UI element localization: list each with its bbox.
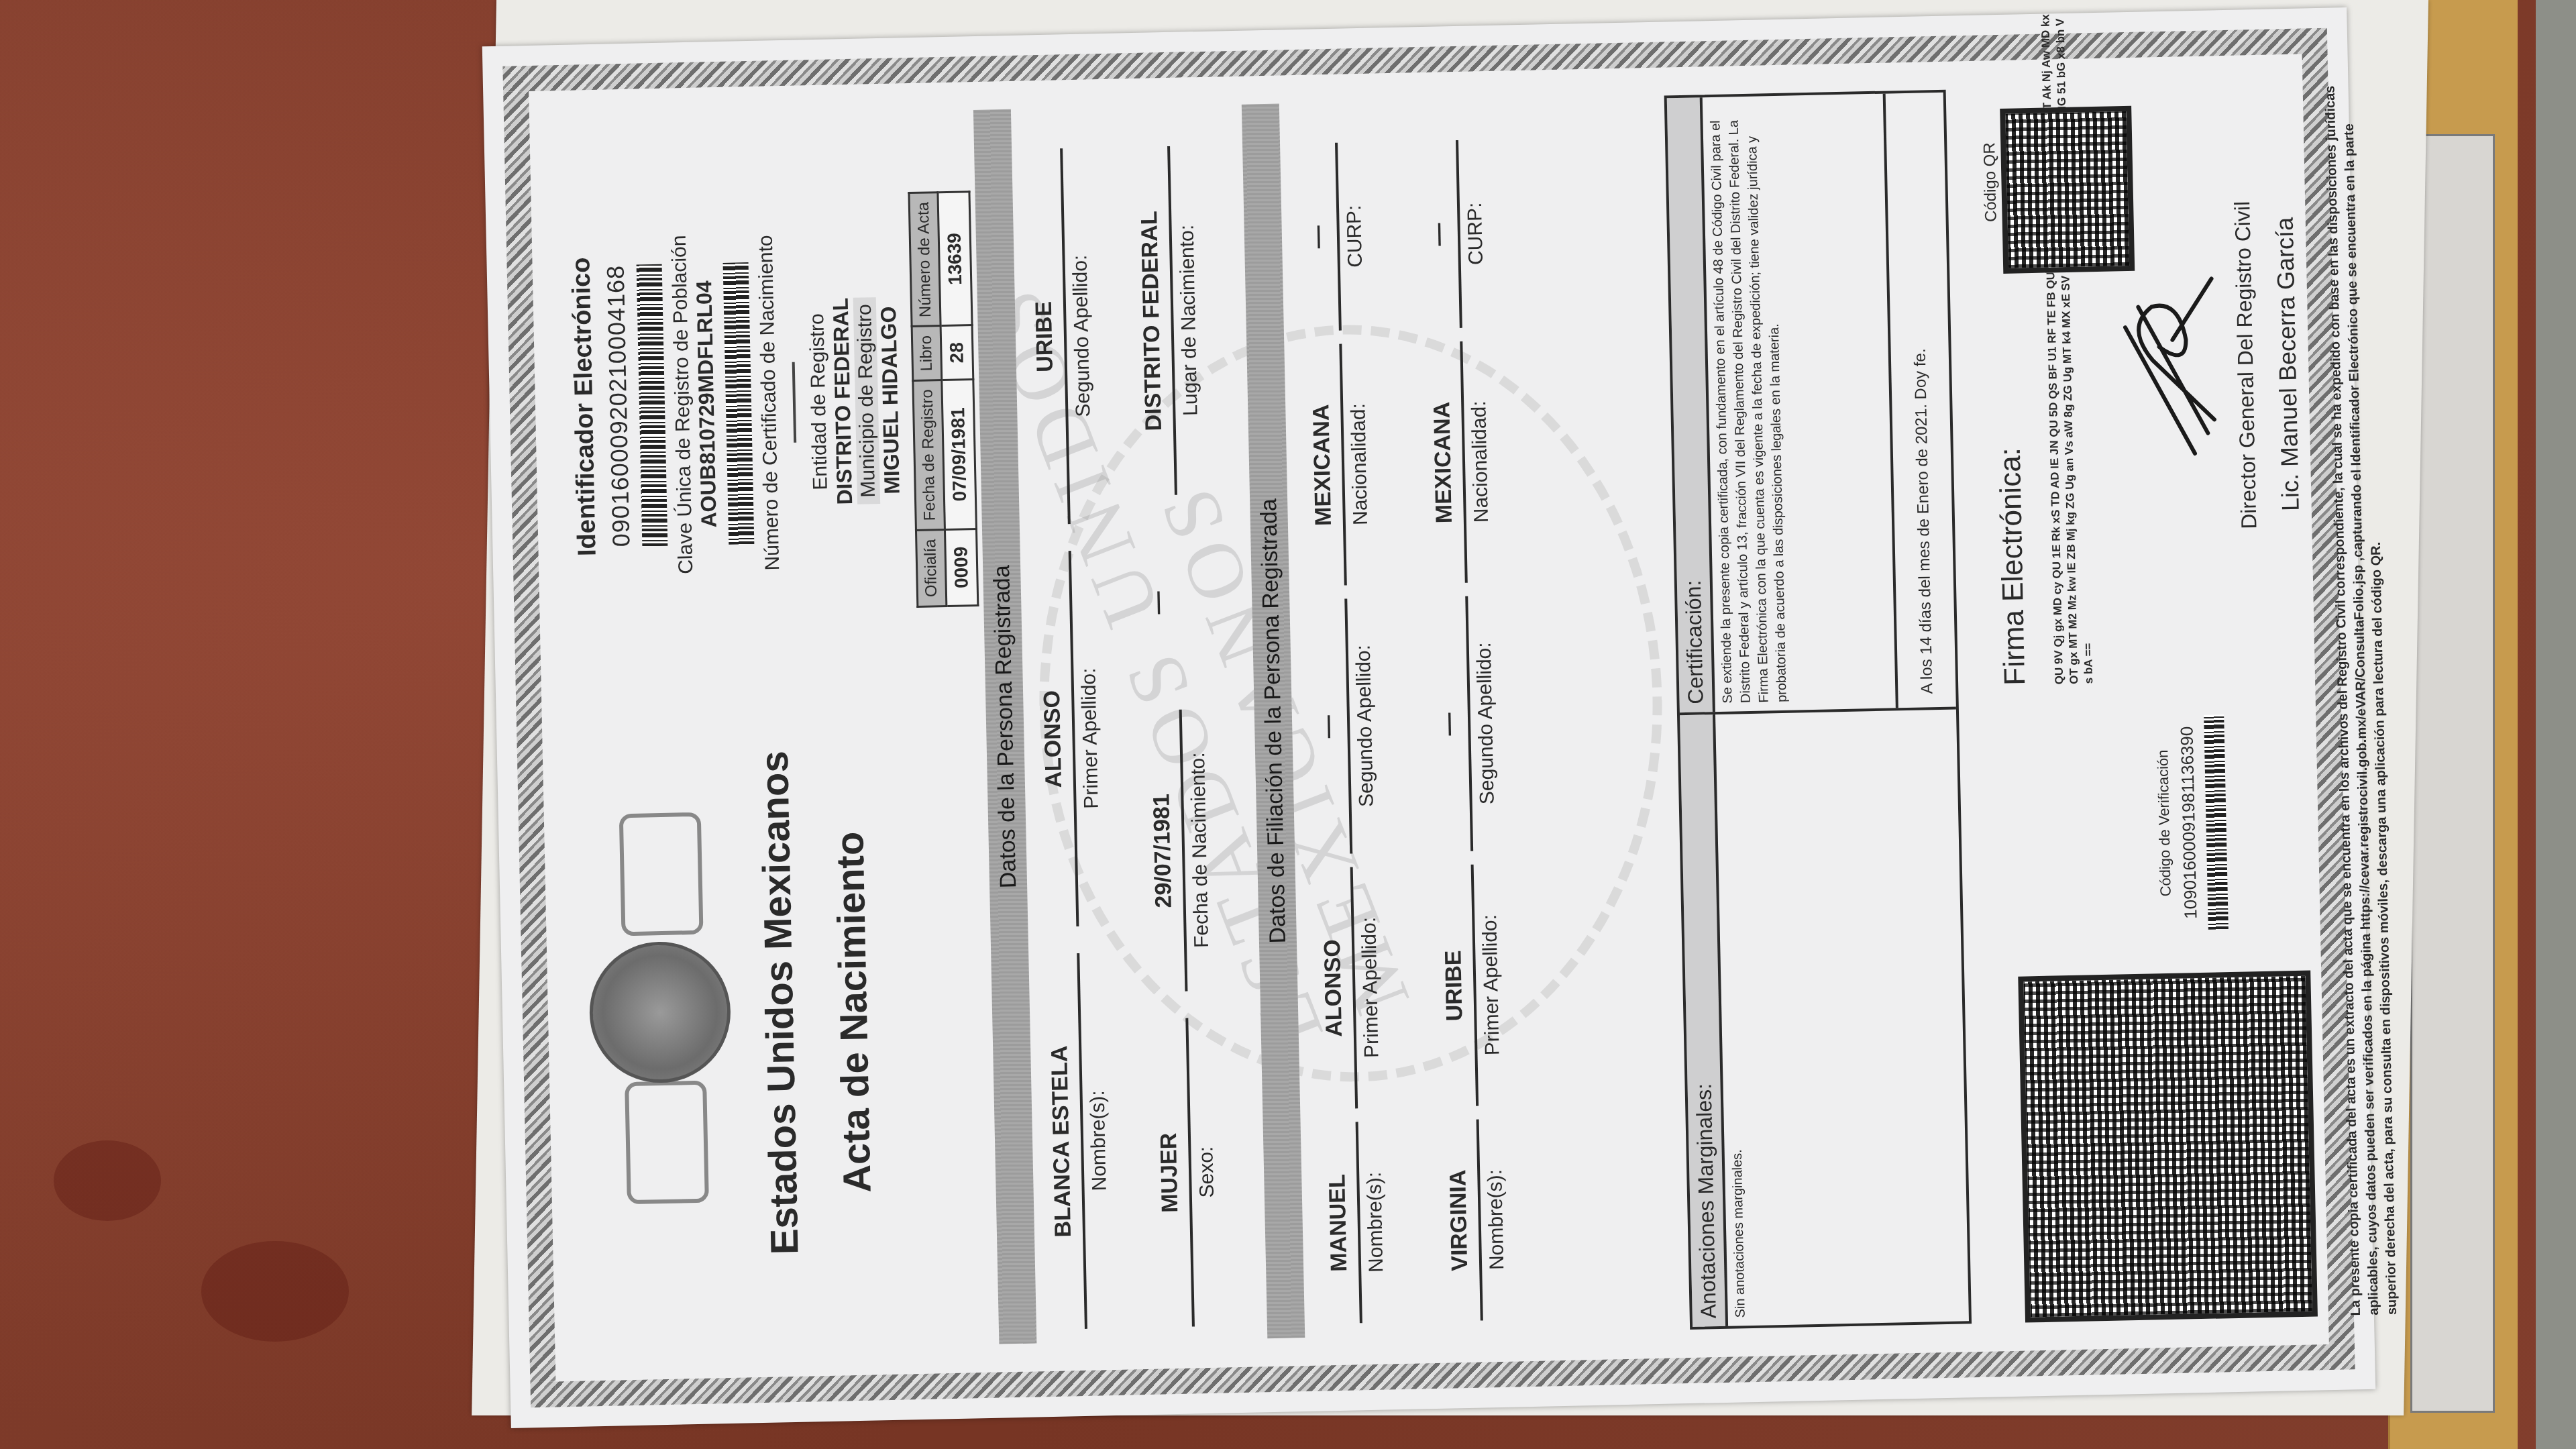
padre-primer-apellido-label: Primer Apellido: — [1357, 867, 1385, 1109]
certificate-content: ESTADOS UNIDOS MEXICANOS Estados Unidos … — [557, 83, 2300, 1352]
table-stain — [54, 1140, 161, 1221]
verification-barcode — [2204, 714, 2229, 930]
national-seal-icon — [588, 941, 732, 1084]
qr-code-large — [2018, 971, 2318, 1323]
padre-primer-apellido-value: ALONSO — [1318, 867, 1353, 1110]
table-stain — [201, 1241, 349, 1342]
libro-header: Libro — [912, 326, 942, 380]
madre-curp-label: CURP: — [1462, 140, 1489, 328]
persona-primer-apellido-value: ALONSO — [1036, 551, 1074, 927]
certificacion-date: A los 14 días del mes de Enero de 2021. … — [1883, 93, 1956, 708]
madre-primer-apellido-label: Primer Apellido: — [1478, 864, 1506, 1106]
persona-curp-field: — — [1143, 522, 1176, 684]
registro-table: Oficialía Fecha de Registro Libro Número… — [908, 191, 979, 608]
padre-segundo-apellido-field: — Segundo Apellido: — [1312, 598, 1379, 855]
padre-curp-value: — — [1303, 143, 1336, 331]
certificacion-text: Se extiende la presente copia certificad… — [1703, 96, 1796, 712]
signature-section: Código de Verificación 10901600091981136… — [1973, 81, 2374, 1323]
certificado-empty-value — [792, 362, 797, 443]
greca-ornament-icon — [625, 1081, 709, 1205]
director-title: Director General Del Registro Civil — [2228, 97, 2264, 634]
section-persona-registrada: Datos de la Persona Registrada — [973, 109, 1037, 1344]
madre-nombre-field: VIRGINIA Nombre(s): — [1444, 1119, 1510, 1322]
identificador-value: 09016000920210004168 — [599, 164, 637, 648]
verification-label: Código de Verificación — [2153, 702, 2176, 944]
fecha-registro-value: 07/09/1981 — [942, 379, 977, 529]
qr-code-small — [2000, 106, 2135, 274]
numero-acta-value: 13639 — [938, 192, 972, 326]
field-underline — [1456, 140, 1462, 328]
country-name: Estados Unidos Mexicanos — [752, 751, 808, 1255]
padre-nombre-field: MANUEL Nombre(s): — [1324, 1122, 1389, 1324]
oficialia-value: 0009 — [945, 529, 977, 606]
madre-nombre-value: VIRGINIA — [1444, 1120, 1478, 1322]
madre-segundo-apellido-field: — Segundo Apellido: — [1433, 596, 1500, 852]
certificacion-box: Certificación: Se extiende la presente c… — [1667, 93, 1956, 712]
padre-nombre-value: MANUEL — [1324, 1122, 1357, 1324]
libro-value: 28 — [941, 325, 973, 380]
wall-edge — [2536, 0, 2576, 1449]
persona-sexo-value: MUJER — [1153, 1018, 1189, 1328]
madre-primer-apellido-field: URIBE Primer Apellido: — [1439, 864, 1506, 1107]
padre-segundo-apellido-label: Segundo Apellido: — [1351, 598, 1379, 854]
persona-segundo-apellido-field: URIBE Segundo Apellido: — [1028, 148, 1097, 525]
persona-nombre-field: BLANCA ESTELA Nombre(s): — [1044, 953, 1114, 1330]
board-inner-panel — [2410, 134, 2495, 1413]
document-photo: ESTADOS UNIDOS MEXICANOS Estados Unidos … — [483, 13, 2375, 1422]
persona-fecha-nacimiento-field: 29/07/1981 Fecha de Nacimiento: — [1147, 709, 1215, 992]
document-title: Acta de Nacimiento — [827, 831, 879, 1193]
field-underline — [1477, 1120, 1483, 1321]
handwritten-signature-icon — [2110, 272, 2222, 462]
persona-row-2: MUJER Sexo: 29/07/1981 Fecha de Nacimien… — [1134, 107, 1161, 1341]
identificador-barcode — [637, 264, 668, 547]
annotations-certification-box: Anotaciones Marginales: Sin anotaciones … — [1664, 90, 1972, 1330]
madre-nacionalidad-value: MEXICANA — [1428, 341, 1462, 584]
padre-primer-apellido-field: ALONSO Primer Apellido: — [1318, 867, 1385, 1110]
section-filiacion: Datos de Filiación de la Persona Registr… — [1242, 103, 1305, 1338]
director-name: Lic. Manuel Becerra García — [2268, 96, 2308, 633]
persona-primer-apellido-field: ALONSO Primer Apellido: — [1036, 550, 1106, 927]
madre-row: VIRGINIA Nombre(s): URIBE Primer Apellid… — [1423, 101, 1449, 1335]
field-underline — [1356, 1122, 1362, 1323]
registration-id-block: Identificador Electrónico 09016000920210… — [565, 157, 979, 648]
municipio-value: MIGUEL HIDALGO — [873, 158, 908, 642]
padre-curp-label: CURP: — [1342, 142, 1368, 331]
curp-barcode — [723, 262, 755, 545]
madre-curp-value: — — [1424, 140, 1457, 329]
madre-nombre-label: Nombre(s): — [1483, 1119, 1510, 1321]
verification-value: 10901600091981136390 — [2176, 702, 2202, 944]
padre-nombre-label: Nombre(s): — [1362, 1122, 1389, 1324]
persona-sexo-label: Sexo: — [1192, 1018, 1222, 1327]
firma-electronica-label: Firma Electrónica: — [1994, 447, 2032, 686]
coat-of-arms — [586, 826, 728, 1205]
greca-ornament-icon — [619, 812, 704, 936]
oficialia-header: Oficialía — [916, 529, 946, 606]
birth-certificate-sheet: ESTADOS UNIDOS MEXICANOS Estados Unidos … — [482, 7, 2376, 1428]
persona-nombre-value: BLANCA ESTELA — [1044, 953, 1082, 1330]
padre-segundo-apellido-value: — — [1312, 599, 1347, 855]
madre-primer-apellido-value: URIBE — [1439, 865, 1474, 1107]
padre-nacionalidad-value: MEXICANA — [1307, 344, 1342, 586]
certificado-label: Número de Certificado de Nacimiento — [753, 161, 786, 645]
persona-fecha-nacimiento-label: Fecha de Nacimiento: — [1186, 709, 1215, 991]
madre-nacionalidad-label: Nacionalidad: — [1466, 341, 1495, 583]
certificate-header: Estados Unidos Mexicanos Acta de Nacimie… — [557, 111, 959, 1352]
persona-lugar-nacimiento-value: DISTRITO FEDERAL — [1135, 146, 1172, 496]
persona-lugar-nacimiento-label: Lugar de Nacimiento: — [1174, 146, 1204, 495]
persona-fecha-nacimiento-value: 29/07/1981 — [1147, 710, 1183, 992]
qr-code-label: Código QR — [1980, 142, 2000, 222]
persona-curp-value: — — [1143, 522, 1176, 684]
madre-curp-field: — CURP: — [1424, 140, 1489, 329]
persona-sexo-field: MUJER Sexo: — [1153, 1018, 1222, 1328]
madre-nacionalidad-field: MEXICANA Nacionalidad: — [1428, 341, 1495, 584]
persona-nombre-label: Nombre(s): — [1083, 953, 1114, 1329]
verification-code-block: Código de Verificación 10901600091981136… — [2153, 701, 2236, 944]
persona-segundo-apellido-label: Segundo Apellido: — [1067, 148, 1097, 524]
anotaciones-box: Anotaciones Marginales: Sin anotaciones … — [1680, 707, 1969, 1327]
persona-segundo-apellido-value: URIBE — [1028, 148, 1065, 525]
padre-nacionalidad-label: Nacionalidad: — [1346, 343, 1374, 586]
padre-row: MANUEL Nombre(s): ALONSO Primer Apellido… — [1302, 103, 1328, 1338]
padre-nacionalidad-field: MEXICANA Nacionalidad: — [1307, 343, 1374, 586]
numero-acta-header: Número de Acta — [909, 193, 941, 327]
madre-segundo-apellido-label: Segundo Apellido: — [1472, 596, 1500, 851]
persona-primer-apellido-label: Primer Apellido: — [1075, 550, 1106, 926]
padre-curp-field: — CURP: — [1303, 142, 1368, 331]
identificador-label: Identificador Electrónico — [565, 165, 604, 649]
field-underline — [1335, 143, 1342, 331]
madre-segundo-apellido-value: — — [1433, 596, 1468, 852]
persona-lugar-nacimiento-field: DISTRITO FEDERAL Lugar de Nacimiento: — [1135, 146, 1204, 496]
fecha-registro-header: Fecha de Registro — [913, 380, 945, 530]
